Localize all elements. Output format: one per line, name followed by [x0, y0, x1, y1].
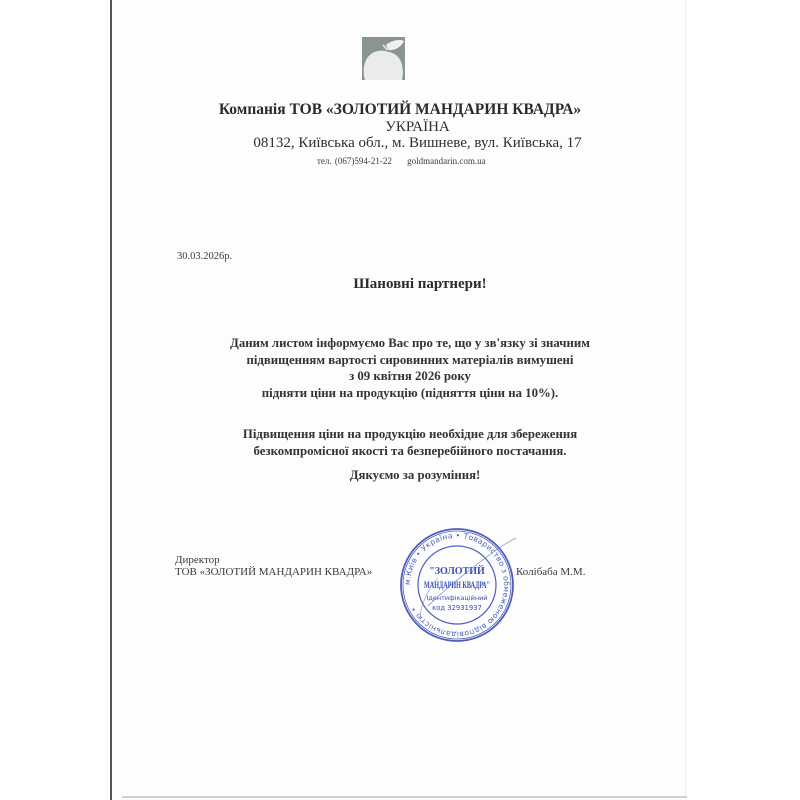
company-stamp-icon: м.Київ • Україна • Товариство з обмежено… — [398, 526, 516, 644]
closing-line: Дякуємо за розуміння! — [0, 467, 800, 484]
signer-company: ТОВ «ЗОЛОТИЙ МАНДАРИН КВАДРА» — [175, 566, 372, 578]
letter-greeting: Шановні партнери! — [0, 276, 800, 293]
signer-name: Колібаба М.М. — [516, 566, 585, 578]
page-bottom-edge — [122, 796, 687, 798]
stamp-id-code: код 32931937 — [432, 604, 482, 612]
closing-text: Дякуємо за розуміння! — [30, 467, 800, 484]
paragraph-line: Даним листом інформуємо Вас про те, що у… — [20, 335, 800, 352]
company-contacts: тел. (067)594-21-22 goldmandarin.com.ua — [317, 156, 486, 166]
paragraph-line: підвищенням вартості сировинних матеріал… — [20, 352, 800, 369]
stamp-id-label: Ідентифікаційний — [426, 594, 487, 602]
paragraph-line: Підвищення ціни на продукцію необхідне д… — [20, 426, 800, 443]
company-website: goldmandarin.com.ua — [407, 156, 485, 166]
company-address: 08132, Київська обл., м. Вишневе, вул. К… — [0, 135, 800, 152]
letter-date: 30.03.2026р. — [177, 251, 232, 262]
paragraph-line: підняти ціни на продукцію (підняття ціни… — [20, 385, 800, 402]
signer-title: Директор — [175, 554, 220, 566]
paragraph-line: безкомпромісної якості та безперебійного… — [20, 443, 800, 460]
company-phone: тел. (067)594-21-22 — [317, 156, 392, 166]
tangerine-logo-icon — [362, 37, 405, 80]
paragraph-justification: Підвищення ціни на продукцію необхідне д… — [0, 426, 800, 459]
stamp-center-line1: "ЗОЛОТИЙ — [429, 565, 485, 577]
company-name: Компанія ТОВ «ЗОЛОТИЙ МАНДАРИН КВАДРА» — [0, 101, 800, 119]
paragraph-price-increase: Даним листом інформуємо Вас про те, що у… — [0, 335, 800, 401]
company-country: УКРАЇНА — [0, 119, 800, 136]
paragraph-line: з 09 квітня 2026 року — [20, 368, 800, 385]
